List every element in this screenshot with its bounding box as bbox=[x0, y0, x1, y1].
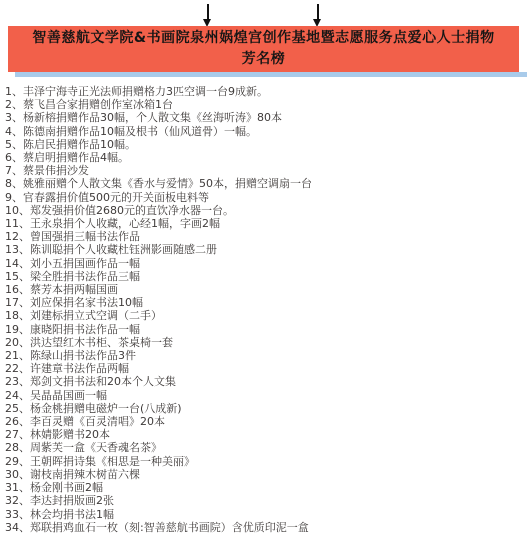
list-item: 33、林会均捐书法1幅 bbox=[5, 508, 525, 521]
down-arrow-icon bbox=[313, 4, 322, 27]
donation-list: 1、丰泽宁海寺正光法师捐赠格力3匹空调一台9成新。2、蔡飞昌合家捐赠创作室冰箱1… bbox=[5, 85, 525, 534]
list-item: 12、曾国强捐三幅书法作品 bbox=[5, 230, 525, 243]
list-item: 18、刘建标捐立式空调（二手） bbox=[5, 309, 525, 322]
list-item: 6、蔡启明捐赠作品4幅。 bbox=[5, 151, 525, 164]
list-item: 27、林婧影赠书20本 bbox=[5, 428, 525, 441]
list-item: 9、官春露捐价值500元的开关面板电料等 bbox=[5, 191, 525, 204]
list-item: 3、杨新榕捐赠作品30幅，个人散文集《丝海听涛》80本 bbox=[5, 111, 525, 124]
list-item: 23、郑剑文捐书法和20本个人文集 bbox=[5, 375, 525, 388]
list-item: 24、吴晶晶国画一幅 bbox=[5, 389, 525, 402]
list-item: 16、蔡芳本捐两幅国画 bbox=[5, 283, 525, 296]
list-item: 19、康晓阳捐书法作品一幅 bbox=[5, 323, 525, 336]
down-arrow-icon bbox=[203, 4, 212, 27]
banner-shadow bbox=[15, 72, 527, 77]
arrow-stem bbox=[207, 4, 209, 19]
list-item: 20、洪达望红木书柜、茶桌椅一套 bbox=[5, 336, 525, 349]
list-item: 32、李达封捐版画2张 bbox=[5, 494, 525, 507]
list-item: 7、蔡景伟捐沙发 bbox=[5, 164, 525, 177]
arrow-stem bbox=[317, 4, 319, 19]
list-item: 2、蔡飞昌合家捐赠创作室冰箱1台 bbox=[5, 98, 525, 111]
list-item: 10、郑发强捐价值2680元的直饮净水器一台。 bbox=[5, 204, 525, 217]
list-item: 15、梁全胜捐书法作品三幅 bbox=[5, 270, 525, 283]
list-item: 13、陈训聪捐个人收藏杜钰洲影画随感二册 bbox=[5, 243, 525, 256]
list-item: 21、陈绿山捐书法作品3件 bbox=[5, 349, 525, 362]
list-item: 5、陈启民捐赠作品10幅。 bbox=[5, 138, 525, 151]
list-item: 1、丰泽宁海寺正光法师捐赠格力3匹空调一台9成新。 bbox=[5, 85, 525, 98]
list-item: 31、杨金刚书画2幅 bbox=[5, 481, 525, 494]
list-item: 22、许建章书法作品两幅 bbox=[5, 362, 525, 375]
list-item: 34、郑联捐鸡血石一枚（刻:智善慈航书画院）含优质印泥一盒 bbox=[5, 521, 525, 534]
list-item: 29、王朝晖捐诗集《相思是一种美丽》 bbox=[5, 455, 525, 468]
list-item: 8、姚雅丽赠个人散文集《香水与爱情》50本，捐赠空调扇一台 bbox=[5, 177, 525, 190]
list-item: 30、谢枝南捐辣木树苗六棵 bbox=[5, 468, 525, 481]
list-item: 28、周紫芙一盒《天香魂名茶》 bbox=[5, 441, 525, 454]
list-item: 26、李百灵赠《百灵清唱》20本 bbox=[5, 415, 525, 428]
title-banner: 智善慈航文学院&书画院泉州娲煌宫创作基地暨志愿服务点爱心人士捐物芳名榜 bbox=[8, 26, 519, 72]
list-item: 11、王永泉捐个人收藏，心经1幅，字画2幅 bbox=[5, 217, 525, 230]
list-item: 25、杨金桃捐赠电磁炉一台(八成新) bbox=[5, 402, 525, 415]
page-title: 智善慈航文学院&书画院泉州娲煌宫创作基地暨志愿服务点爱心人士捐物芳名榜 bbox=[31, 28, 496, 70]
list-item: 14、刘小五捐国画作品一幅 bbox=[5, 257, 525, 270]
list-item: 17、刘应保捐名家书法10幅 bbox=[5, 296, 525, 309]
page: { "theme": { "page-bg": "#FFFFFF", "bann… bbox=[0, 0, 527, 556]
list-item: 4、陈德南捐赠作品10幅及根书（仙风道骨）一幅。 bbox=[5, 125, 525, 138]
